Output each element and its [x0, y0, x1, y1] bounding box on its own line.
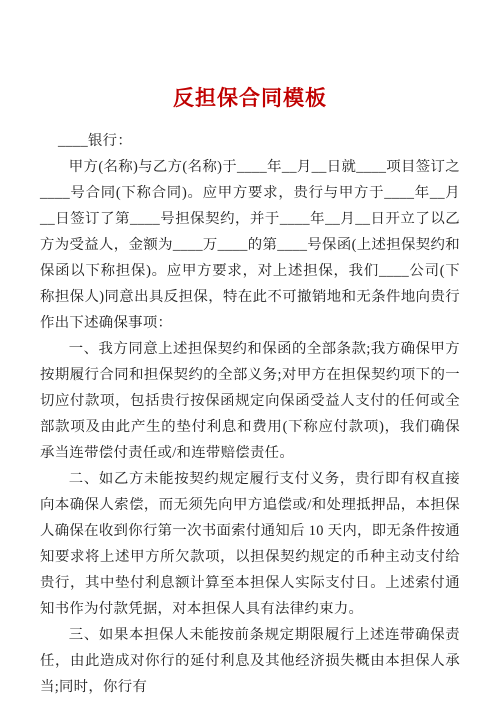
paragraph-clause-2: 二、如乙方未能按契约规定履行支付义务，贵行即有权直接向本确保人索偿，而无须先向甲… [40, 466, 460, 622]
paragraph-clause-1: 一、我方同意上述担保契约和保函的全部条款;我方确保甲方按期履行合同和担保契约的全… [40, 336, 460, 466]
document-title: 反担保合同模板 [0, 0, 500, 110]
paragraph-clause-3: 三、如果本担保人未能按前条规定期限履行上述连带确保责任，由此造成对你行的延付利息… [40, 622, 460, 700]
salutation-line: ____银行： [40, 128, 460, 154]
document-page: 反担保合同模板 ____银行： 甲方(名称)与乙方(名称)于____年__月__… [0, 0, 500, 708]
document-body: ____银行： 甲方(名称)与乙方(名称)于____年__月__日就____项目… [40, 128, 460, 700]
paragraph-preamble: 甲方(名称)与乙方(名称)于____年__月__日就____项目签订之____号… [40, 154, 460, 336]
